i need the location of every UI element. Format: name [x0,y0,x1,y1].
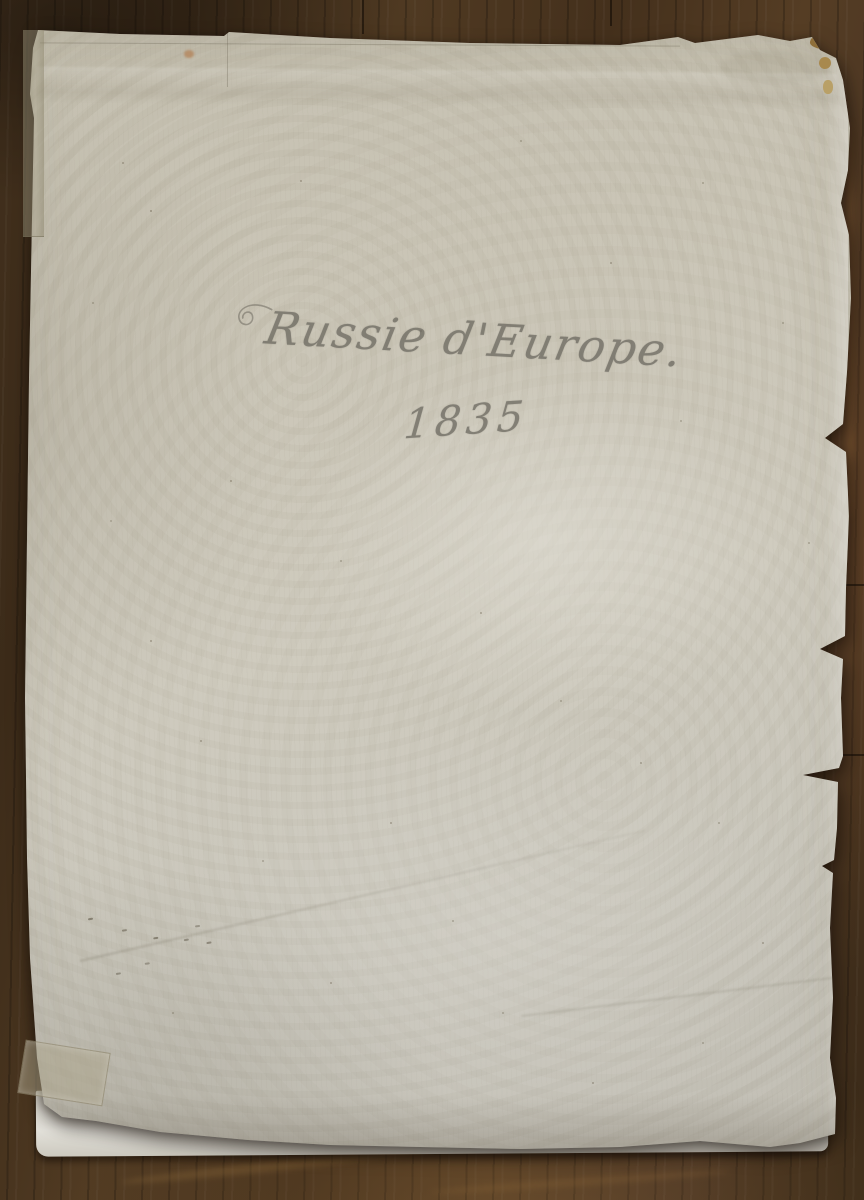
torn-paper-bit [823,80,833,94]
edge-tear-crack [0,0,48,3]
folder-cover-wrap: Russie d'Europe. 1835 [0,0,864,1200]
paper-fold-crease [36,67,838,110]
photo-scene: Russie d'Europe. 1835 [0,0,864,1200]
edge-tear-crack [0,0,122,5]
handwritten-year: 1835 [402,391,530,448]
paper-specks [0,0,2,2]
folder-cover: Russie d'Europe. 1835 [0,0,864,1200]
faint-smudge [720,50,830,84]
crease-line [227,31,228,87]
paper-edge-shading [0,0,864,1200]
rust-stain [184,50,194,58]
paper-edge-highlight [824,58,848,1138]
tape-strip-left-edge [23,30,44,237]
paper-bottom-shade [40,1095,840,1149]
